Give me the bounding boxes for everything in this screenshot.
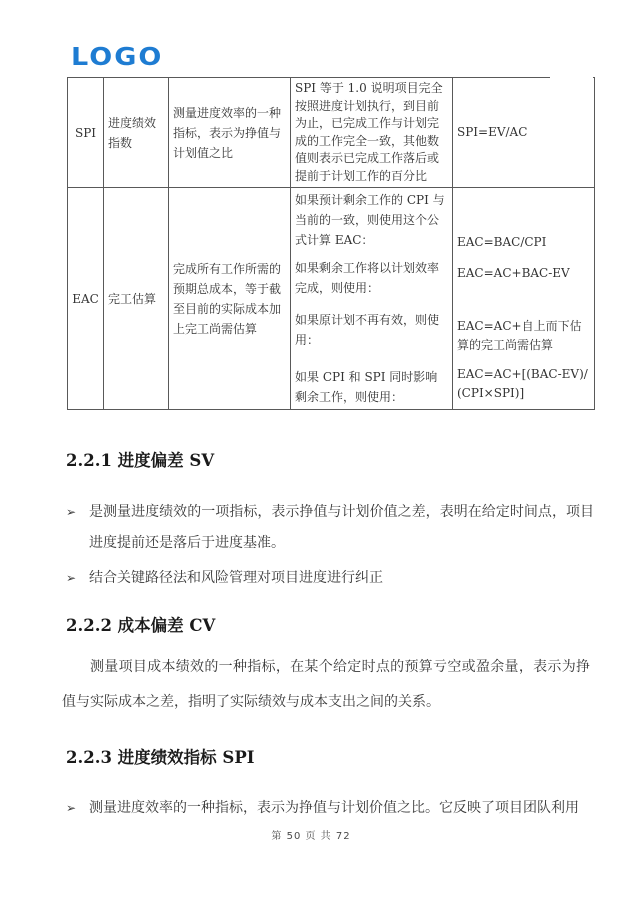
- eac-formula-2: EAC=AC+BAC-EV: [457, 264, 590, 283]
- arrow-bullet-icon: ➢: [66, 563, 89, 594]
- list-item: ➢ 测量进度效率的一种指标，表示为挣值与计划价值之比。它反映了项目团队利用: [66, 793, 594, 824]
- eac-formula-4: EAC=AC+[(BAC-EV)/(CPI×SPI)]: [457, 365, 590, 403]
- cell-eac-explanation: 如果预计剩余工作的 CPI 与当前的一致，则使用这个公式计算 EAC： 如果剩余…: [291, 188, 453, 410]
- spi-bullet-list: ➢ 测量进度效率的一种指标，表示为挣值与计划价值之比。它反映了项目团队利用: [66, 793, 594, 824]
- section-heading-cv: 2.2.2 成本偏差 CV: [66, 612, 215, 636]
- list-item: ➢ 是测量进度绩效的一项指标，表示挣值与计划价值之差，表明在给定时间点，项目进度…: [66, 497, 594, 559]
- cell-spi-formula: SPI=EV/AC: [453, 78, 595, 188]
- page-number-footer: 第 50 页 共 72: [0, 827, 622, 842]
- bullet-text: 测量进度效率的一种指标，表示为挣值与计划价值之比。它反映了项目团队利用: [89, 793, 594, 824]
- cell-eac-name: 完工估算: [104, 188, 169, 410]
- eac-condition-2: 如果剩余工作将以计划效率完成，则使用：: [295, 258, 448, 298]
- table-row-eac: EAC 完工估算 完成所有工作所需的预期总成本，等于截至目前的实际成本加上完工尚…: [68, 188, 595, 410]
- eac-condition-3: 如果原计划不再有效，则使用：: [295, 310, 448, 350]
- section-heading-sv: 2.2.1 进度偏差 SV: [66, 447, 214, 471]
- cell-spi-explanation: SPI 等于 1.0 说明项目完全按照进度计划执行，到目前为止，已完成工作与计划…: [291, 78, 453, 188]
- cell-spi-definition: 测量进度效率的一种指标，表示为挣值与计划值之比: [169, 78, 291, 188]
- cell-eac-formulas: EAC=BAC/CPI EAC=AC+BAC-EV EAC=AC+自上而下估算的…: [453, 188, 595, 410]
- eac-condition-4: 如果 CPI 和 SPI 同时影响剩余工作，则使用：: [295, 367, 448, 407]
- eac-condition-1: 如果预计剩余工作的 CPI 与当前的一致，则使用这个公式计算 EAC：: [295, 190, 448, 250]
- arrow-bullet-icon: ➢: [66, 793, 89, 824]
- document-page: LOGO SPI 进度绩效指数 测量进度效率的一种指标，表示为挣值与计划值之比 …: [0, 0, 640, 906]
- sv-bullet-list: ➢ 是测量进度绩效的一项指标，表示挣值与计划价值之差，表明在给定时间点，项目进度…: [66, 497, 594, 594]
- company-logo: LOGO: [71, 45, 163, 70]
- table-top-border-gap: [550, 76, 593, 79]
- eac-formula-1: EAC=BAC/CPI: [457, 233, 590, 252]
- cell-spi-abbr: SPI: [68, 78, 104, 188]
- cell-eac-definition: 完成所有工作所需的预期总成本，等于截至目前的实际成本加上完工尚需估算: [169, 188, 291, 410]
- section-heading-spi: 2.2.3 进度绩效指标 SPI: [66, 744, 254, 768]
- bullet-text: 结合关键路径法和风险管理对项目进度进行纠正: [89, 563, 594, 594]
- eac-formula-3: EAC=AC+自上而下估算的完工尚需估算: [457, 317, 590, 355]
- earned-value-table: SPI 进度绩效指数 测量进度效率的一种指标，表示为挣值与计划值之比 SPI 等…: [67, 77, 595, 410]
- list-item: ➢ 结合关键路径法和风险管理对项目进度进行纠正: [66, 563, 594, 594]
- table-row-spi: SPI 进度绩效指数 测量进度效率的一种指标，表示为挣值与计划值之比 SPI 等…: [68, 78, 595, 188]
- arrow-bullet-icon: ➢: [66, 497, 89, 528]
- cell-eac-abbr: EAC: [68, 188, 104, 410]
- cell-spi-name: 进度绩效指数: [104, 78, 169, 188]
- bullet-text: 是测量进度绩效的一项指标，表示挣值与计划价值之差，表明在给定时间点，项目进度提前…: [89, 497, 594, 559]
- cv-paragraph: 测量项目成本绩效的一种指标，在某个给定时点的预算亏空或盈余量，表示为挣值与实际成…: [62, 650, 590, 720]
